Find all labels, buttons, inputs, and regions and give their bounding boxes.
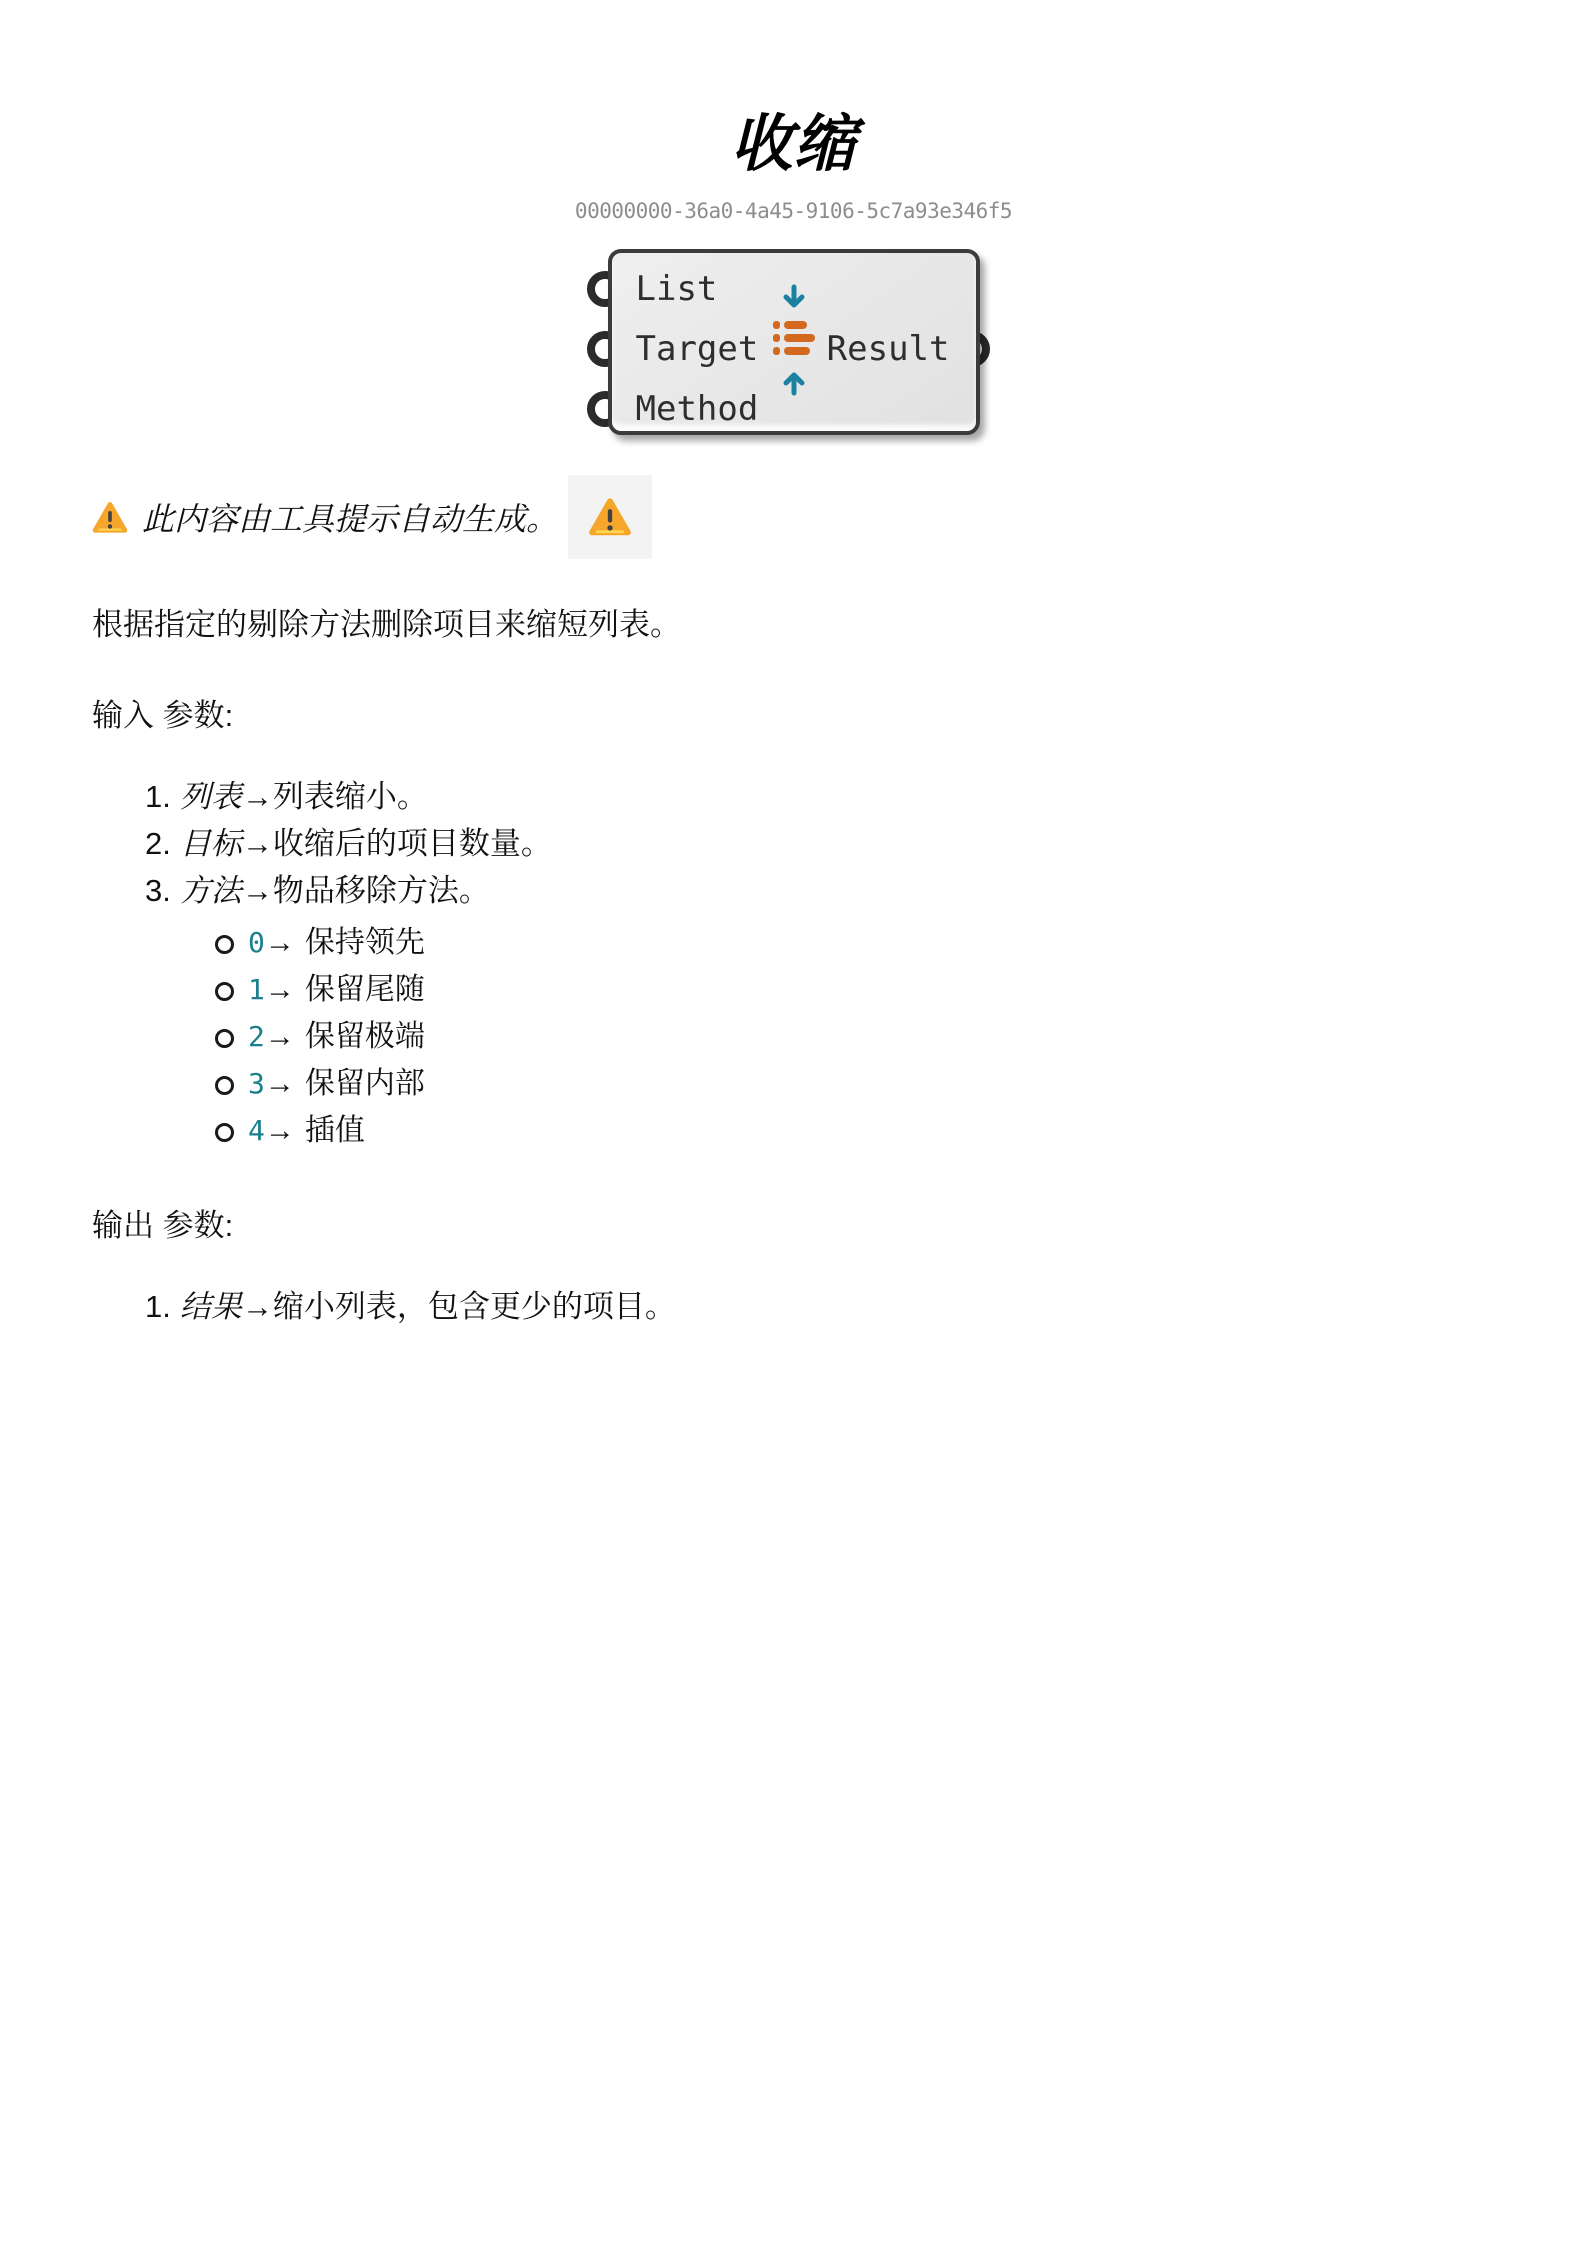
option-value: 2	[248, 1020, 265, 1053]
document-page: 收缩 00000000-36a0-4a45-9106-5c7a93e346f5 …	[0, 0, 1587, 2244]
output-params-list: 1.结果→缩小列表，包含更少的项目。	[145, 1283, 1587, 1330]
notice-text: 此内容由工具提示自动生成。	[142, 494, 558, 540]
method-option-item: 3→保留内部	[215, 1060, 1587, 1107]
arrow-glyph: →	[242, 1289, 273, 1324]
input-param-item: 2.目标→收缩后的项目数量。	[145, 820, 1587, 867]
method-option-item: 0→保持领先	[215, 919, 1587, 966]
option-label: 保留极端	[305, 1020, 425, 1053]
item-number: 2.	[145, 820, 171, 867]
item-number: 1.	[145, 1283, 171, 1330]
param-name: 列表	[180, 779, 242, 814]
grasshopper-component-diagram: List Target Method Result	[608, 249, 980, 439]
arrow-glyph: →	[265, 1020, 295, 1053]
auto-generated-notice: 此内容由工具提示自动生成。	[92, 475, 1587, 559]
arrow-glyph: →	[242, 873, 273, 908]
method-option-item: 4→插值	[215, 1107, 1587, 1154]
shrink-list-icon	[768, 283, 820, 402]
option-value: 4	[248, 1114, 265, 1147]
item-number: 1.	[145, 773, 171, 820]
page-title: 收缩	[0, 0, 1587, 183]
option-label: 保留尾随	[305, 973, 425, 1006]
option-value: 3	[248, 1067, 265, 1100]
component-guid: 00000000-36a0-4a45-9106-5c7a93e346f5	[0, 199, 1587, 223]
input-param-item: 3.方法→物品移除方法。 0→保持领先 1→保留尾随 2→保留极端 3→保留内部…	[145, 867, 1587, 1154]
arrow-glyph: →	[265, 1114, 295, 1147]
arrow-glyph: →	[242, 779, 273, 814]
method-options-list: 0→保持领先 1→保留尾随 2→保留极端 3→保留内部 4→插值	[215, 919, 1587, 1154]
param-desc: 收缩后的项目数量。	[273, 826, 552, 861]
warning-triangle-icon	[92, 501, 128, 534]
item-number: 3.	[145, 867, 171, 914]
param-desc: 物品移除方法。	[273, 873, 490, 908]
component-output-label: Result	[827, 323, 950, 375]
arrow-glyph: →	[265, 926, 295, 959]
input-params-list: 1.列表→列表缩小。 2.目标→收缩后的项目数量。 3.方法→物品移除方法。 0…	[145, 773, 1587, 1154]
warning-image-placeholder	[568, 475, 652, 559]
warning-triangle-icon	[588, 497, 632, 537]
arrow-glyph: →	[242, 826, 273, 861]
component-input-label: Method	[636, 383, 759, 435]
arrow-glyph: →	[265, 1067, 295, 1100]
param-desc: 缩小列表，包含更少的项目。	[273, 1289, 676, 1324]
input-param-item: 1.列表→列表缩小。	[145, 773, 1587, 820]
param-name: 结果	[180, 1289, 242, 1324]
method-option-item: 2→保留极端	[215, 1013, 1587, 1060]
inputs-heading: 输入 参数:	[92, 690, 1587, 735]
component-input-label: Target	[636, 323, 759, 375]
component-description: 根据指定的剔除方法删除项目来缩短列表。	[92, 599, 1587, 644]
output-param-item: 1.结果→缩小列表，包含更少的项目。	[145, 1283, 1587, 1330]
component-input-label: List	[636, 263, 718, 315]
option-value: 1	[248, 973, 265, 1006]
param-desc: 列表缩小。	[273, 779, 428, 814]
option-value: 0	[248, 926, 265, 959]
option-label: 保持领先	[305, 926, 425, 959]
method-option-item: 1→保留尾随	[215, 966, 1587, 1013]
option-label: 保留内部	[305, 1067, 425, 1100]
param-name: 目标	[180, 826, 242, 861]
outputs-heading: 输出 参数:	[92, 1200, 1587, 1245]
arrow-glyph: →	[265, 973, 295, 1006]
option-label: 插值	[305, 1114, 365, 1147]
param-name: 方法	[180, 873, 242, 908]
